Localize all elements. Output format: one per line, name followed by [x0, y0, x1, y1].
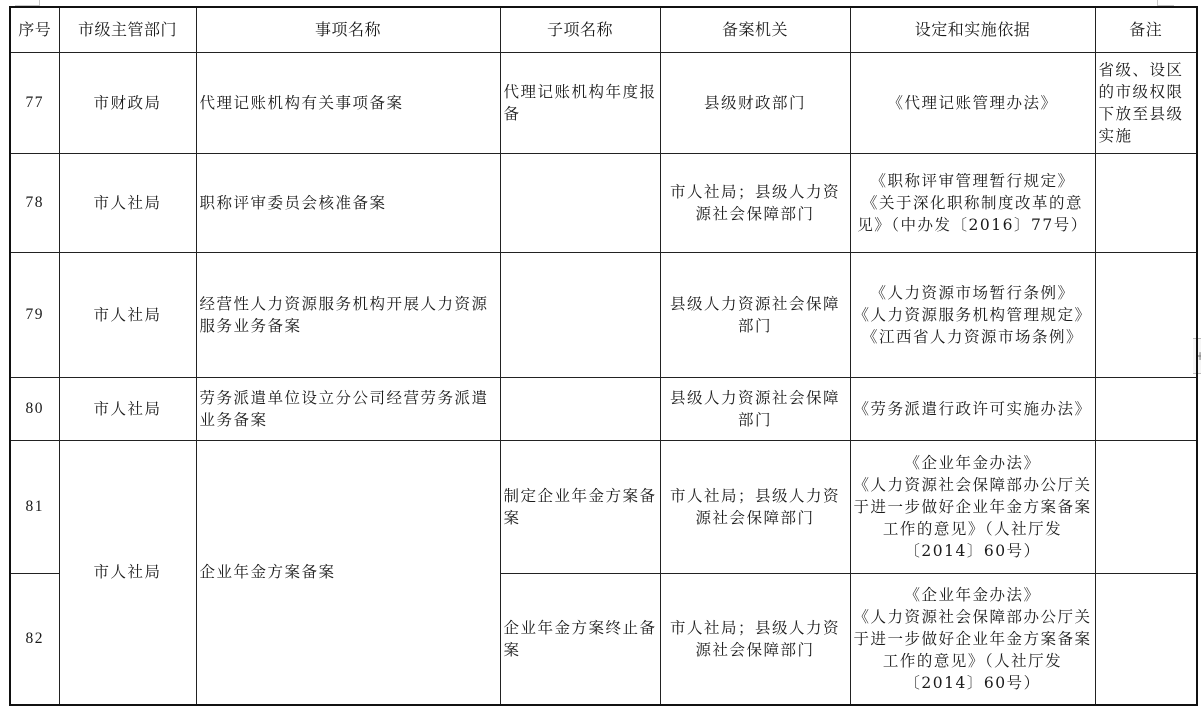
row-department: 市人社局 — [59, 253, 196, 378]
table-row: 78 市人社局 职称评审委员会核准备案 市人社局；县级人力资源社会保障部门 《职… — [10, 154, 1197, 253]
header-note: 备注 — [1095, 7, 1197, 53]
basis-line: 《人力资源市场暂行条例》 — [854, 282, 1092, 304]
table-row: 80 市人社局 劳务派遣单位设立分公司经营劳务派遣业务备案 县级人力资源社会保障… — [10, 378, 1197, 441]
row-filing-authority: 市人社局；县级人力资源社会保障部门 — [660, 441, 850, 574]
row-subitem: 代理记账机构年度报备 — [500, 53, 660, 154]
row-item: 经营性人力资源服务机构开展人力资源服务业务备案 — [196, 253, 500, 378]
header-department: 市级主管部门 — [59, 7, 196, 53]
row-no: 78 — [10, 154, 59, 253]
basis-line: 《关于深化职称制度改革的意见》（中办发〔2016〕77号） — [854, 192, 1092, 236]
row-basis: 《人力资源市场暂行条例》 《人力资源服务机构管理规定》 《江西省人力资源市场条例… — [850, 253, 1095, 378]
table-header-row: 序号 市级主管部门 事项名称 子项名称 备案机关 设定和实施依据 备注 — [10, 7, 1197, 53]
row-no: 79 — [10, 253, 59, 378]
row-note — [1095, 574, 1197, 705]
row-note — [1095, 154, 1197, 253]
header-no: 序号 — [10, 7, 59, 53]
row-filing-authority: 县级人力资源社会保障部门 — [660, 378, 850, 441]
basis-line: 《人力资源社会保障部办公厅关于进一步做好企业年金方案备案工作的意见》（人社厅发〔… — [854, 474, 1092, 562]
row-department-merged: 市人社局 — [59, 441, 196, 705]
row-no: 77 — [10, 53, 59, 154]
row-basis: 《职称评审管理暂行规定》 《关于深化职称制度改革的意见》（中办发〔2016〕77… — [850, 154, 1095, 253]
row-subitem: 制定企业年金方案备案 — [500, 441, 660, 574]
header-basis: 设定和实施依据 — [850, 7, 1095, 53]
row-filing-authority: 市人社局；县级人力资源社会保障部门 — [660, 574, 850, 705]
basis-line: 《企业年金办法》 — [854, 584, 1092, 606]
row-department: 市财政局 — [59, 53, 196, 154]
row-filing-authority: 县级人力资源社会保障部门 — [660, 253, 850, 378]
row-subitem — [500, 378, 660, 441]
row-note — [1095, 253, 1197, 378]
row-item: 代理记账机构有关事项备案 — [196, 53, 500, 154]
table-row: 77 市财政局 代理记账机构有关事项备案 代理记账机构年度报备 县级财政部门 《… — [10, 53, 1197, 154]
basis-line: 《江西省人力资源市场条例》 — [854, 326, 1092, 348]
header-filing-authority: 备案机关 — [660, 7, 850, 53]
row-subitem — [500, 154, 660, 253]
row-basis: 《代理记账管理办法》 — [850, 53, 1095, 154]
row-subitem — [500, 253, 660, 378]
row-subitem: 企业年金方案终止备案 — [500, 574, 660, 705]
basis-line: 《人力资源社会保障部办公厅关于进一步做好企业年金方案备案工作的意见》（人社厅发〔… — [854, 606, 1092, 694]
row-item-merged: 企业年金方案备案 — [196, 441, 500, 705]
row-no: 82 — [10, 574, 59, 705]
row-department: 市人社局 — [59, 378, 196, 441]
row-no: 80 — [10, 378, 59, 441]
row-item: 职称评审委员会核准备案 — [196, 154, 500, 253]
row-basis: 《企业年金办法》 《人力资源社会保障部办公厅关于进一步做好企业年金方案备案工作的… — [850, 574, 1095, 705]
basis-line: 《劳务派遣行政许可实施办法》 — [854, 398, 1092, 420]
row-filing-authority: 县级财政部门 — [660, 53, 850, 154]
table-row: 81 市人社局 企业年金方案备案 制定企业年金方案备案 市人社局；县级人力资源社… — [10, 441, 1197, 574]
row-note — [1095, 378, 1197, 441]
row-note — [1095, 441, 1197, 574]
row-department: 市人社局 — [59, 154, 196, 253]
row-filing-authority: 市人社局；县级人力资源社会保障部门 — [660, 154, 850, 253]
header-subitem: 子项名称 — [500, 7, 660, 53]
basis-line: 《人力资源服务机构管理规定》 — [854, 304, 1092, 326]
table-row: 79 市人社局 经营性人力资源服务机构开展人力资源服务业务备案 县级人力资源社会… — [10, 253, 1197, 378]
basis-line: 《代理记账管理办法》 — [854, 92, 1092, 114]
row-item: 劳务派遣单位设立分公司经营劳务派遣业务备案 — [196, 378, 500, 441]
row-basis: 《劳务派遣行政许可实施办法》 — [850, 378, 1095, 441]
row-no: 81 — [10, 441, 59, 574]
filing-items-table: 序号 市级主管部门 事项名称 子项名称 备案机关 设定和实施依据 备注 77 市… — [9, 6, 1198, 706]
row-note: 省级、设区的市级权限下放至县级实施 — [1095, 53, 1197, 154]
basis-line: 《企业年金办法》 — [854, 452, 1092, 474]
header-item: 事项名称 — [196, 7, 500, 53]
row-basis: 《企业年金办法》 《人力资源社会保障部办公厅关于进一步做好企业年金方案备案工作的… — [850, 441, 1095, 574]
basis-line: 《职称评审管理暂行规定》 — [854, 170, 1092, 192]
